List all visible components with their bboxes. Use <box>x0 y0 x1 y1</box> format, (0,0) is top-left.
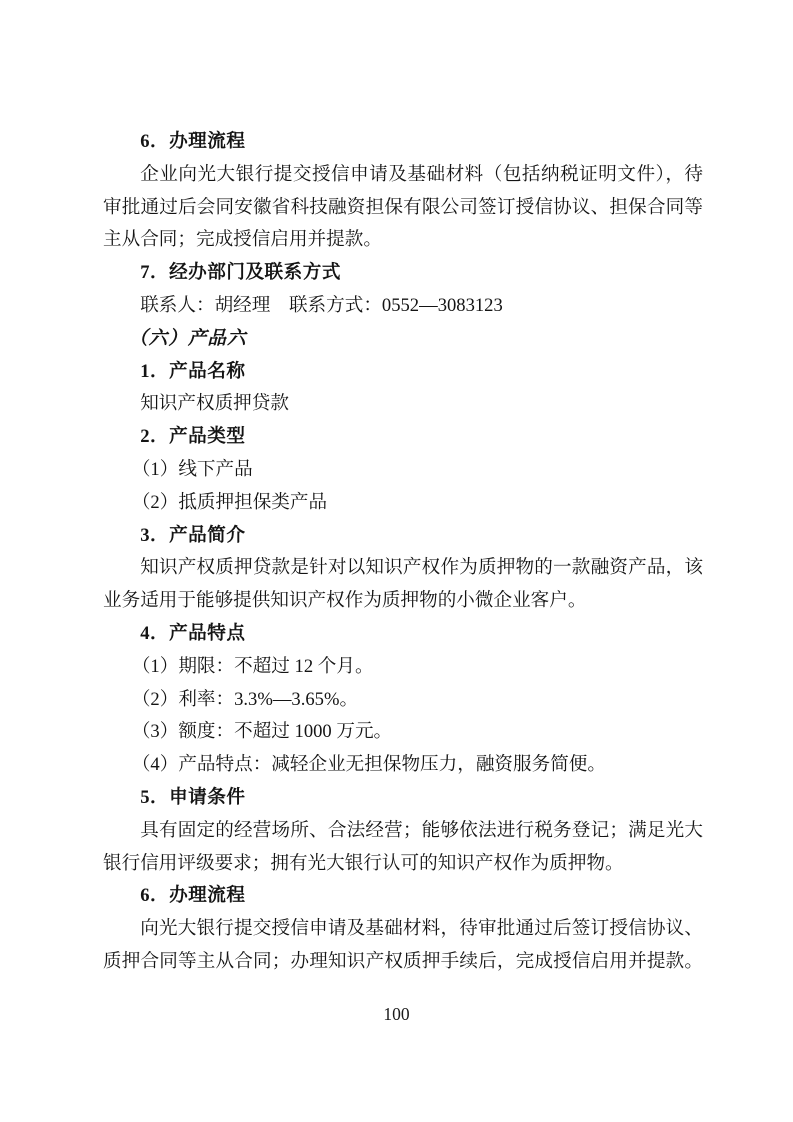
paragraph-line: 知识产权质押贷款 <box>103 388 703 421</box>
paragraph-line: 主从合同；完成授信启用并提款。 <box>103 224 703 257</box>
list-item-type-1: （1）线下产品 <box>103 454 703 487</box>
paragraph-line: 质押合同等主从合同；办理知识产权质押手续后，完成授信启用并提款。 <box>103 946 703 979</box>
list-item-rate: （2）利率：3.3%—3.65%。 <box>103 684 703 717</box>
paragraph-line: 具有固定的经营场所、合法经营；能够依法进行税务登记；满足光大 <box>103 815 703 848</box>
heading-product-features: 4．产品特点 <box>103 618 703 651</box>
paragraph-line: 知识产权质押贷款是针对以知识产权作为质押物的一款融资产品，该 <box>103 552 703 585</box>
paragraph-product-intro: 知识产权质押贷款是针对以知识产权作为质押物的一款融资产品，该 业务适用于能够提供… <box>103 552 703 618</box>
page-content: 6．办理流程 企业向光大银行提交授信申请及基础材料（包括纳税证明文件），待 审批… <box>103 126 703 979</box>
contact-line: 联系人：胡经理 联系方式：0552—3083123 <box>103 290 703 323</box>
heading-jingban-bumen: 7．经办部门及联系方式 <box>103 257 703 290</box>
list-item-term: （1）期限：不超过 12 个月。 <box>103 651 703 684</box>
heading-apply-conditions: 5．申请条件 <box>103 782 703 815</box>
paragraph-apply-conditions: 具有固定的经营场所、合法经营；能够依法进行税务登记；满足光大 银行信用评级要求；… <box>103 815 703 881</box>
page-number: 100 <box>0 1002 793 1026</box>
heading-product-intro: 3．产品简介 <box>103 520 703 553</box>
paragraph-contact: 联系人：胡经理 联系方式：0552—3083123 <box>103 290 703 323</box>
heading-banli-liucheng-2: 6．办理流程 <box>103 880 703 913</box>
list-item-type-2: （2）抵质押担保类产品 <box>103 487 703 520</box>
paragraph-line: 审批通过后会同安徽省科技融资担保有限公司签订授信协议、担保合同等 <box>103 192 703 225</box>
paragraph-process-1: 企业向光大银行提交授信申请及基础材料（包括纳税证明文件），待 审批通过后会同安徽… <box>103 159 703 257</box>
paragraph-product-name: 知识产权质押贷款 <box>103 388 703 421</box>
heading-banli-liucheng-1: 6．办理流程 <box>103 126 703 159</box>
section-heading-product-six: （六）产品六 <box>103 323 703 356</box>
paragraph-line: 业务适用于能够提供知识产权作为质押物的小微企业客户。 <box>103 585 703 618</box>
heading-product-name: 1．产品名称 <box>103 356 703 389</box>
list-item-feature: （4）产品特点：减轻企业无担保物压力，融资服务简便。 <box>103 749 703 782</box>
paragraph-line: 向光大银行提交授信申请及基础材料，待审批通过后签订授信协议、 <box>103 913 703 946</box>
paragraph-line: 银行信用评级要求；拥有光大银行认可的知识产权作为质押物。 <box>103 848 703 881</box>
document-page: 6．办理流程 企业向光大银行提交授信申请及基础材料（包括纳税证明文件），待 审批… <box>0 0 793 1122</box>
list-item-amount: （3）额度：不超过 1000 万元。 <box>103 716 703 749</box>
paragraph-process-2: 向光大银行提交授信申请及基础材料，待审批通过后签订授信协议、 质押合同等主从合同… <box>103 913 703 979</box>
paragraph-line: 企业向光大银行提交授信申请及基础材料（包括纳税证明文件），待 <box>103 159 703 192</box>
heading-product-type: 2．产品类型 <box>103 421 703 454</box>
